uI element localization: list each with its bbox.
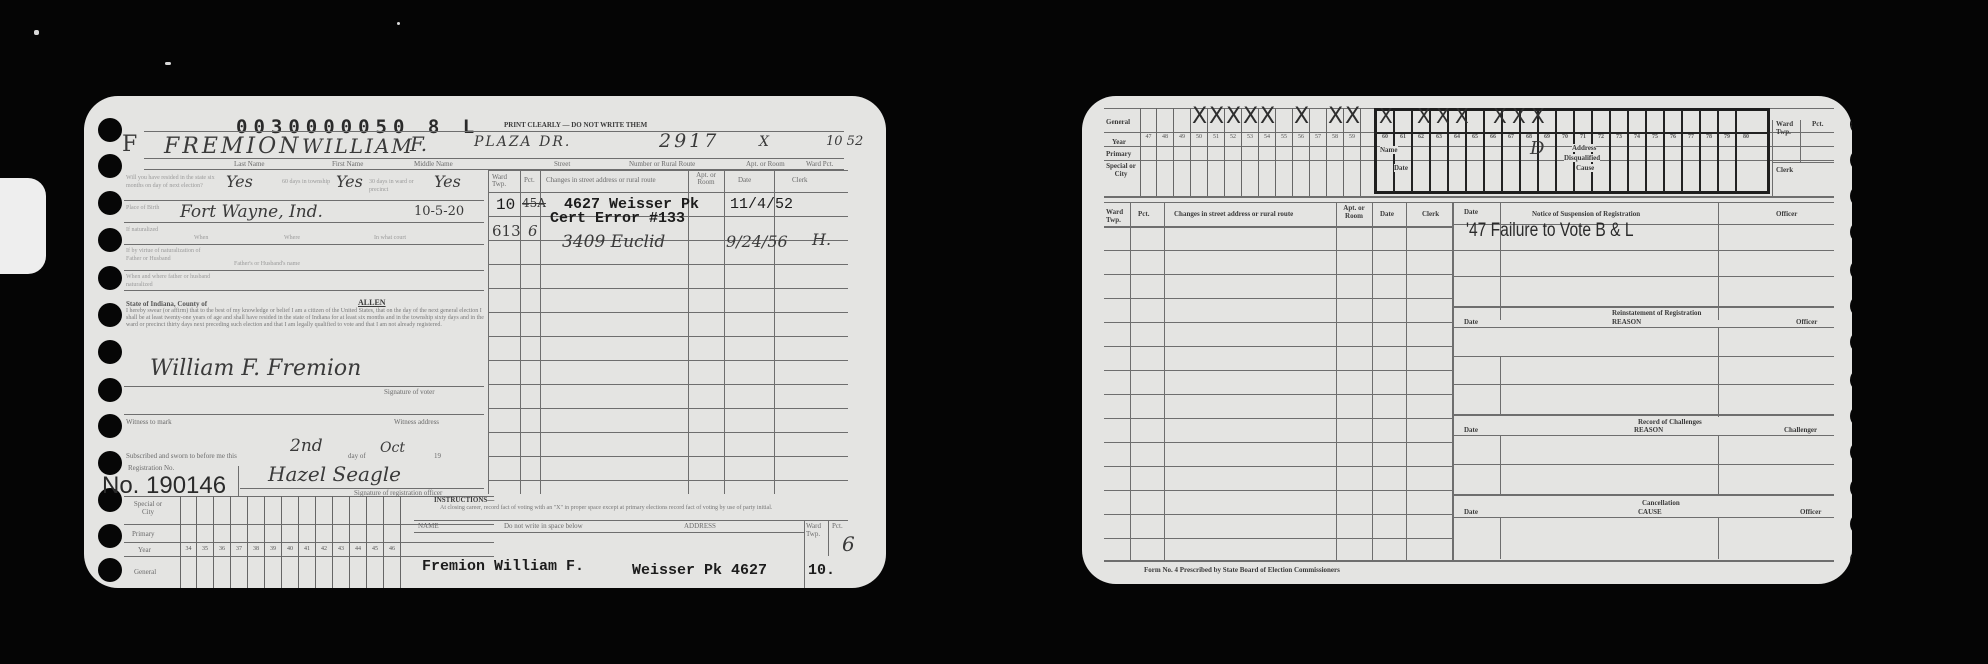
dust-speck (165, 62, 171, 65)
col-chal-challenger: Challenger (1784, 426, 1817, 434)
footer-ward: 10. (808, 562, 835, 579)
punch-hole (98, 118, 122, 142)
registrar-signature: Hazel Seagle (268, 462, 401, 486)
col-susp-notice: Notice of Suspension of Registration (1532, 210, 1640, 218)
punch-hole (1850, 220, 1852, 244)
col-date: Date (738, 176, 751, 184)
row-primary: Primary (1106, 150, 1131, 158)
vote-mark-x: X (1243, 104, 1258, 129)
col-cancel-cause: CAUSE (1638, 508, 1662, 516)
vote-mark-x: X (1493, 104, 1507, 128)
punch-hole (1850, 184, 1852, 208)
voter-signature: William F. Fremion (150, 356, 361, 381)
subscribed-day: 2nd (290, 436, 323, 456)
q-township: 60 days in township (282, 178, 342, 186)
challenges-title: Record of Challenges (1638, 418, 1702, 426)
street-number: 2917 (659, 130, 719, 152)
col-chal-date: Date (1464, 426, 1478, 434)
row3-ward: 613 (492, 222, 521, 240)
col-cancel-officer: Officer (1800, 508, 1821, 516)
label-when: When (194, 234, 208, 242)
col-susp-date: Date (1464, 208, 1478, 216)
col-date: Date (1380, 210, 1394, 218)
col-apt-room: Apt. or Room (692, 172, 720, 186)
row3-address: 3409 Euclid (562, 232, 665, 252)
vote-mark-x: X (1226, 104, 1241, 129)
label-subscribed: Subscribed and sworn to before me this (126, 452, 237, 460)
label-number: Number or Rural Route (629, 160, 695, 168)
col-changes-address: Changes in street address or rural route (1174, 210, 1293, 218)
q-ward: 30 days in ward or precinct (369, 178, 429, 194)
vote-mark-x: X (1209, 104, 1224, 129)
label-ward-twp-footer: Ward Twp. (806, 522, 826, 538)
label-day-of: day of (348, 452, 366, 460)
label-disqualified: Disqualified (1564, 154, 1600, 162)
punch-hole (1850, 294, 1852, 318)
punch-hole (1850, 112, 1852, 136)
street-name: PLAZA DR. (474, 134, 571, 150)
instructions-text: At closing career, record fact of voting… (440, 504, 850, 512)
row3-clerk: H. (812, 230, 831, 249)
registration-card-front: 0030000050 8 L PRINT CLEARLY — DO NOT WR… (84, 96, 886, 588)
place-of-birth: Fort Wayne, Ind. (180, 202, 323, 222)
registration-card-back: General Year Primary Special or City 47 … (1082, 96, 1852, 584)
vote-mark-x: X (1531, 104, 1545, 128)
col-ward-twp: Ward Twp. (1106, 208, 1130, 224)
punch-hole (98, 558, 122, 582)
row1-date: 11/4/52 (730, 196, 793, 213)
label-naturalized: If naturalized (126, 226, 158, 234)
punch-hole (1850, 440, 1852, 464)
vote-mark-x: X (1192, 104, 1207, 129)
label-name: NAME (418, 522, 439, 530)
a-state-residence: Yes (226, 172, 253, 191)
row3-date: 9/24/56 (726, 232, 788, 251)
voting-record-grid: 34 35 36 37 38 39 40 41 42 43 44 45 46 (180, 496, 401, 588)
label-ward-twp: Ward Twp. (1776, 120, 1798, 136)
label-date: Date (1394, 164, 1408, 172)
middle-name: F. (410, 132, 427, 156)
label-last-name: Last Name (234, 160, 265, 168)
punch-hole (98, 154, 122, 178)
punch-hole (98, 378, 122, 402)
vote-mark-x: X (1455, 104, 1469, 128)
apt-value: X (759, 134, 769, 150)
label-father-name: Father's or Husband's name (234, 260, 300, 268)
label-cause: Cause (1576, 164, 1594, 172)
boxed-year-cells: 60 61 62 63 64 65 66 67 68 69 70 71 72 7… (1377, 110, 1755, 192)
form-footer: Form No. 4 Prescribed by State Board of … (1144, 566, 1340, 574)
punch-hole (98, 340, 122, 364)
vote-mark-x: X (1379, 104, 1393, 128)
vote-mark-x: X (1512, 104, 1526, 128)
ward-pct-value: 10 52 (826, 134, 863, 149)
header-instruction: PRINT CLEARLY — DO NOT WRITE THEM (504, 121, 647, 129)
label-place-of-birth: Place of Birth (126, 204, 166, 212)
county-value: ALLEN (358, 298, 386, 307)
label-ward: Ward Pct. (806, 160, 833, 168)
cancellation-title: Cancellation (1642, 499, 1680, 507)
label-first-name: First Name (332, 160, 363, 168)
col-ward-twp: Ward Twp. (492, 174, 518, 188)
row-year: Year (1112, 138, 1126, 146)
dust-speck (34, 30, 39, 35)
col-apt-room: Apt. or Room (1340, 204, 1368, 220)
birth-date: 10-5-20 (414, 204, 464, 219)
punch-hole (98, 228, 122, 252)
col-chal-reason: REASON (1634, 426, 1663, 434)
punch-hole (98, 191, 122, 215)
label-father-naturalized: When and where father or husband natural… (126, 273, 216, 289)
label-apt: Apt. or Room (746, 160, 785, 168)
footer-pct-handwritten: 6 (842, 532, 855, 556)
prefix-mark: F (122, 132, 137, 157)
punch-hole (1850, 258, 1852, 282)
a-township: Yes (336, 172, 363, 191)
punch-hole (98, 414, 122, 438)
col-clerk: Clerk (792, 176, 808, 184)
vote-mark-x: X (1328, 104, 1343, 129)
punch-hole (1850, 330, 1852, 354)
a-ward: Yes (434, 172, 461, 191)
label-middle-name: Middle Name (414, 160, 453, 168)
row-general: General (1106, 118, 1130, 126)
row-label-primary: Primary (132, 530, 155, 538)
col-clerk: Clerk (1422, 210, 1439, 218)
reinstatement-title: Reinstatement of Registration (1612, 309, 1701, 317)
row-label-general: General (134, 568, 156, 576)
dust-speck (397, 22, 400, 25)
col-susp-officer: Officer (1776, 210, 1797, 218)
row2-address: Cert Error #133 (550, 210, 685, 227)
instructions-title: INSTRUCTIONS— (434, 496, 494, 504)
col-rein-reason: REASON (1612, 318, 1641, 326)
first-name: WILLIAM (302, 134, 414, 158)
label-registration-no: Registration No. (128, 464, 174, 472)
vote-mark-x: X (1294, 104, 1309, 129)
col-pct: Pct. (1138, 210, 1149, 218)
punch-hole (1850, 148, 1852, 172)
punch-hole (98, 303, 122, 327)
label-where: Where (284, 234, 300, 242)
suspension-entry: '47 Failure to Vote B & L (1466, 220, 1634, 242)
row-label-special: Special or City (128, 500, 168, 516)
label-court: In what court (374, 234, 406, 242)
row3-pct: 6 (528, 222, 538, 240)
punch-hole (1850, 548, 1852, 572)
punch-hole (98, 524, 122, 548)
handwritten-d: D (1530, 138, 1544, 159)
label-signature-voter: Signature of voter (384, 388, 435, 396)
punch-hole (98, 266, 122, 290)
label-witness-address: Witness address (394, 418, 439, 426)
label-witness-mark: Witness to mark (126, 418, 172, 426)
label-name: Name (1380, 146, 1398, 154)
label-do-not-write: Do not write in space below (504, 522, 583, 530)
vote-mark-x: X (1417, 104, 1431, 128)
label-year: 19 (434, 452, 441, 460)
label-by-virtue: If by virtue of naturalization of Father… (126, 247, 216, 263)
last-name: FREMION (164, 134, 301, 159)
row1-ward: 10 (496, 196, 515, 214)
col-changes-address: Changes in street address or rural route (546, 176, 656, 184)
label-address: Address (1572, 144, 1596, 152)
row-special: Special or City (1106, 162, 1136, 178)
label-state-county: State of Indiana, County of (126, 300, 207, 308)
oath-text: I hereby swear (or affirm) that to the b… (126, 308, 488, 329)
col-pct: Pct. (524, 176, 535, 184)
footer-name: Fremion William F. (422, 558, 584, 575)
punch-hole (1850, 476, 1852, 500)
row1-pct: 45A (522, 196, 546, 210)
vote-mark-x: X (1436, 104, 1450, 128)
col-rein-date: Date (1464, 318, 1478, 326)
punch-hole (1850, 512, 1852, 536)
label-clerk: Clerk (1776, 166, 1793, 174)
col-rein-officer: Officer (1796, 318, 1817, 326)
row-label-year: Year (138, 546, 151, 554)
vote-mark-x: X (1345, 104, 1360, 129)
label-street: Street (554, 160, 570, 168)
label-address: ADDRESS (684, 522, 716, 530)
label-pct: Pct. (1812, 120, 1823, 128)
label-pct-footer: Pct. (832, 522, 843, 530)
vote-mark-x: X (1260, 104, 1275, 129)
punch-hole (1850, 404, 1852, 428)
subscribed-month: Oct (380, 440, 405, 456)
adjacent-card-edge (0, 178, 46, 274)
col-cancel-date: Date (1464, 508, 1478, 516)
footer-address: Weisser Pk 4627 (632, 562, 767, 579)
punch-hole (1850, 368, 1852, 392)
q-state-residence: Will you have resided in the state six m… (126, 174, 226, 190)
